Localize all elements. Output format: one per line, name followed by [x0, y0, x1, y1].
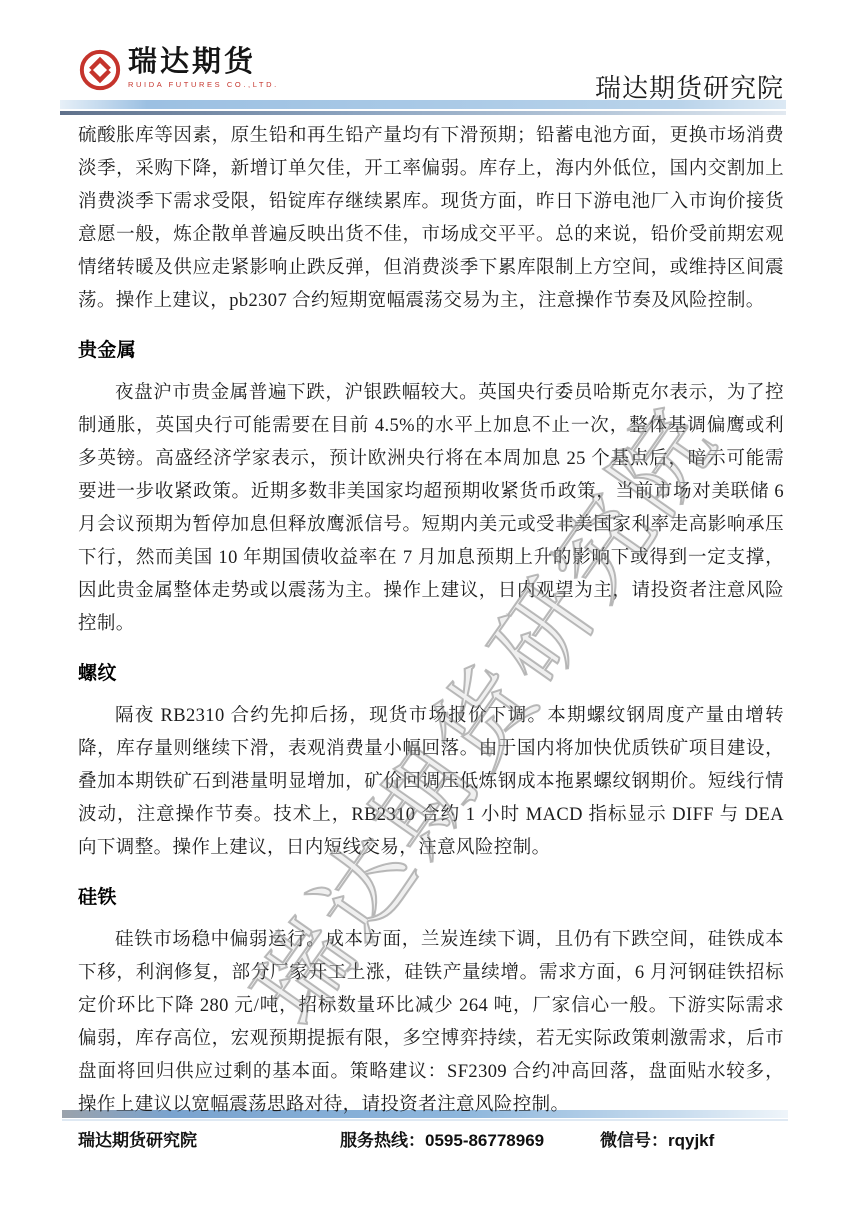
- footer: 瑞达期货研究院 服务热线：0595-86778969 微信号：rqyjkf: [0, 1126, 860, 1156]
- footer-institute: 瑞达期货研究院: [78, 1126, 197, 1151]
- section-heading-precious-metals: 贵金属: [78, 334, 784, 367]
- paragraph-rebar: 隔夜 RB2310 合约先抑后扬，现货市场报价下调。本期螺纹钢周度产量由增转降，…: [78, 700, 784, 865]
- footer-hotline-number: 0595-86778969: [425, 1131, 544, 1150]
- ruida-logo-icon: [78, 48, 122, 92]
- section-heading-rebar: 螺纹: [78, 657, 784, 690]
- paragraph-ferrosilicon: 硅铁市场稳中偏弱运行。成本方面，兰炭连续下调，且仍有下跌空间，硅铁成本下移，利润…: [78, 924, 784, 1122]
- report-page: 瑞达期货 RUIDA FUTURES CO.,LTD. 瑞达期货研究院 瑞达期货…: [0, 0, 860, 1217]
- header-divider-dark-band: [60, 111, 786, 115]
- company-logo: 瑞达期货 RUIDA FUTURES CO.,LTD.: [78, 46, 279, 92]
- logo-company-subtitle: RUIDA FUTURES CO.,LTD.: [128, 80, 279, 89]
- header-divider: [60, 100, 786, 115]
- header-divider-light-band: [60, 100, 786, 109]
- logo-company-name: 瑞达期货: [128, 46, 279, 78]
- section-heading-ferrosilicon: 硅铁: [78, 881, 784, 914]
- footer-wechat-id: rqyjkf: [668, 1131, 714, 1150]
- paragraph-lead: 硫酸胀库等因素，原生铅和再生铅产量均有下滑预期；铅蓄电池方面，更换市场消费淡季，…: [78, 120, 784, 318]
- footer-hotline-label: 服务热线：: [340, 1131, 425, 1150]
- paragraph-precious-metals: 夜盘沪市贵金属普遍下跌，沪银跌幅较大。英国央行委员哈斯克尔表示，为了控制通胀，英…: [78, 377, 784, 641]
- report-body: 硫酸胀库等因素，原生铅和再生铅产量均有下滑预期；铅蓄电池方面，更换市场消费淡季，…: [78, 120, 784, 1122]
- footer-wechat-label: 微信号：: [600, 1131, 668, 1150]
- footer-hotline: 服务热线：0595-86778969: [340, 1126, 544, 1151]
- footer-wechat: 微信号：rqyjkf: [600, 1126, 714, 1151]
